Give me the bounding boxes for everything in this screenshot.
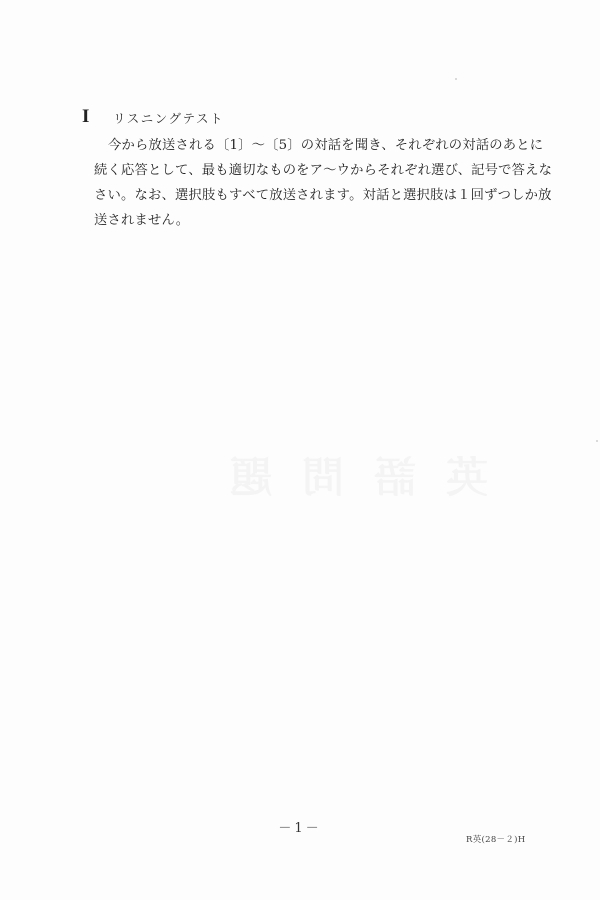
instructions-line: 今から放送される〔1〕～〔5〕の対話を聞き、それぞれの対話のあとに — [94, 133, 530, 158]
section-numeral: I — [82, 106, 89, 128]
instructions-line: さい。なお、選択肢もすべて放送されます。対話と選択肢は１回ずつしか放 — [94, 183, 530, 208]
exam-page: I リスニングテスト 今から放送される〔1〕～〔5〕の対話を聞き、それぞれの対話… — [0, 0, 600, 900]
instructions-line: 続く応答として、最も適切なものをア～ウからそれぞれ選び、記号で答えな — [94, 158, 530, 183]
instructions-paragraph: 今から放送される〔1〕～〔5〕の対話を聞き、それぞれの対話のあとに 続く応答とし… — [94, 133, 530, 233]
bleed-through-watermark: 英語問題 — [200, 445, 488, 505]
section-title: リスニングテスト — [113, 109, 224, 127]
scan-speck — [596, 440, 598, 442]
instructions-line: 送されません。 — [94, 208, 530, 233]
document-code: R英(28－２)H — [466, 833, 525, 845]
scan-speck — [455, 78, 457, 80]
